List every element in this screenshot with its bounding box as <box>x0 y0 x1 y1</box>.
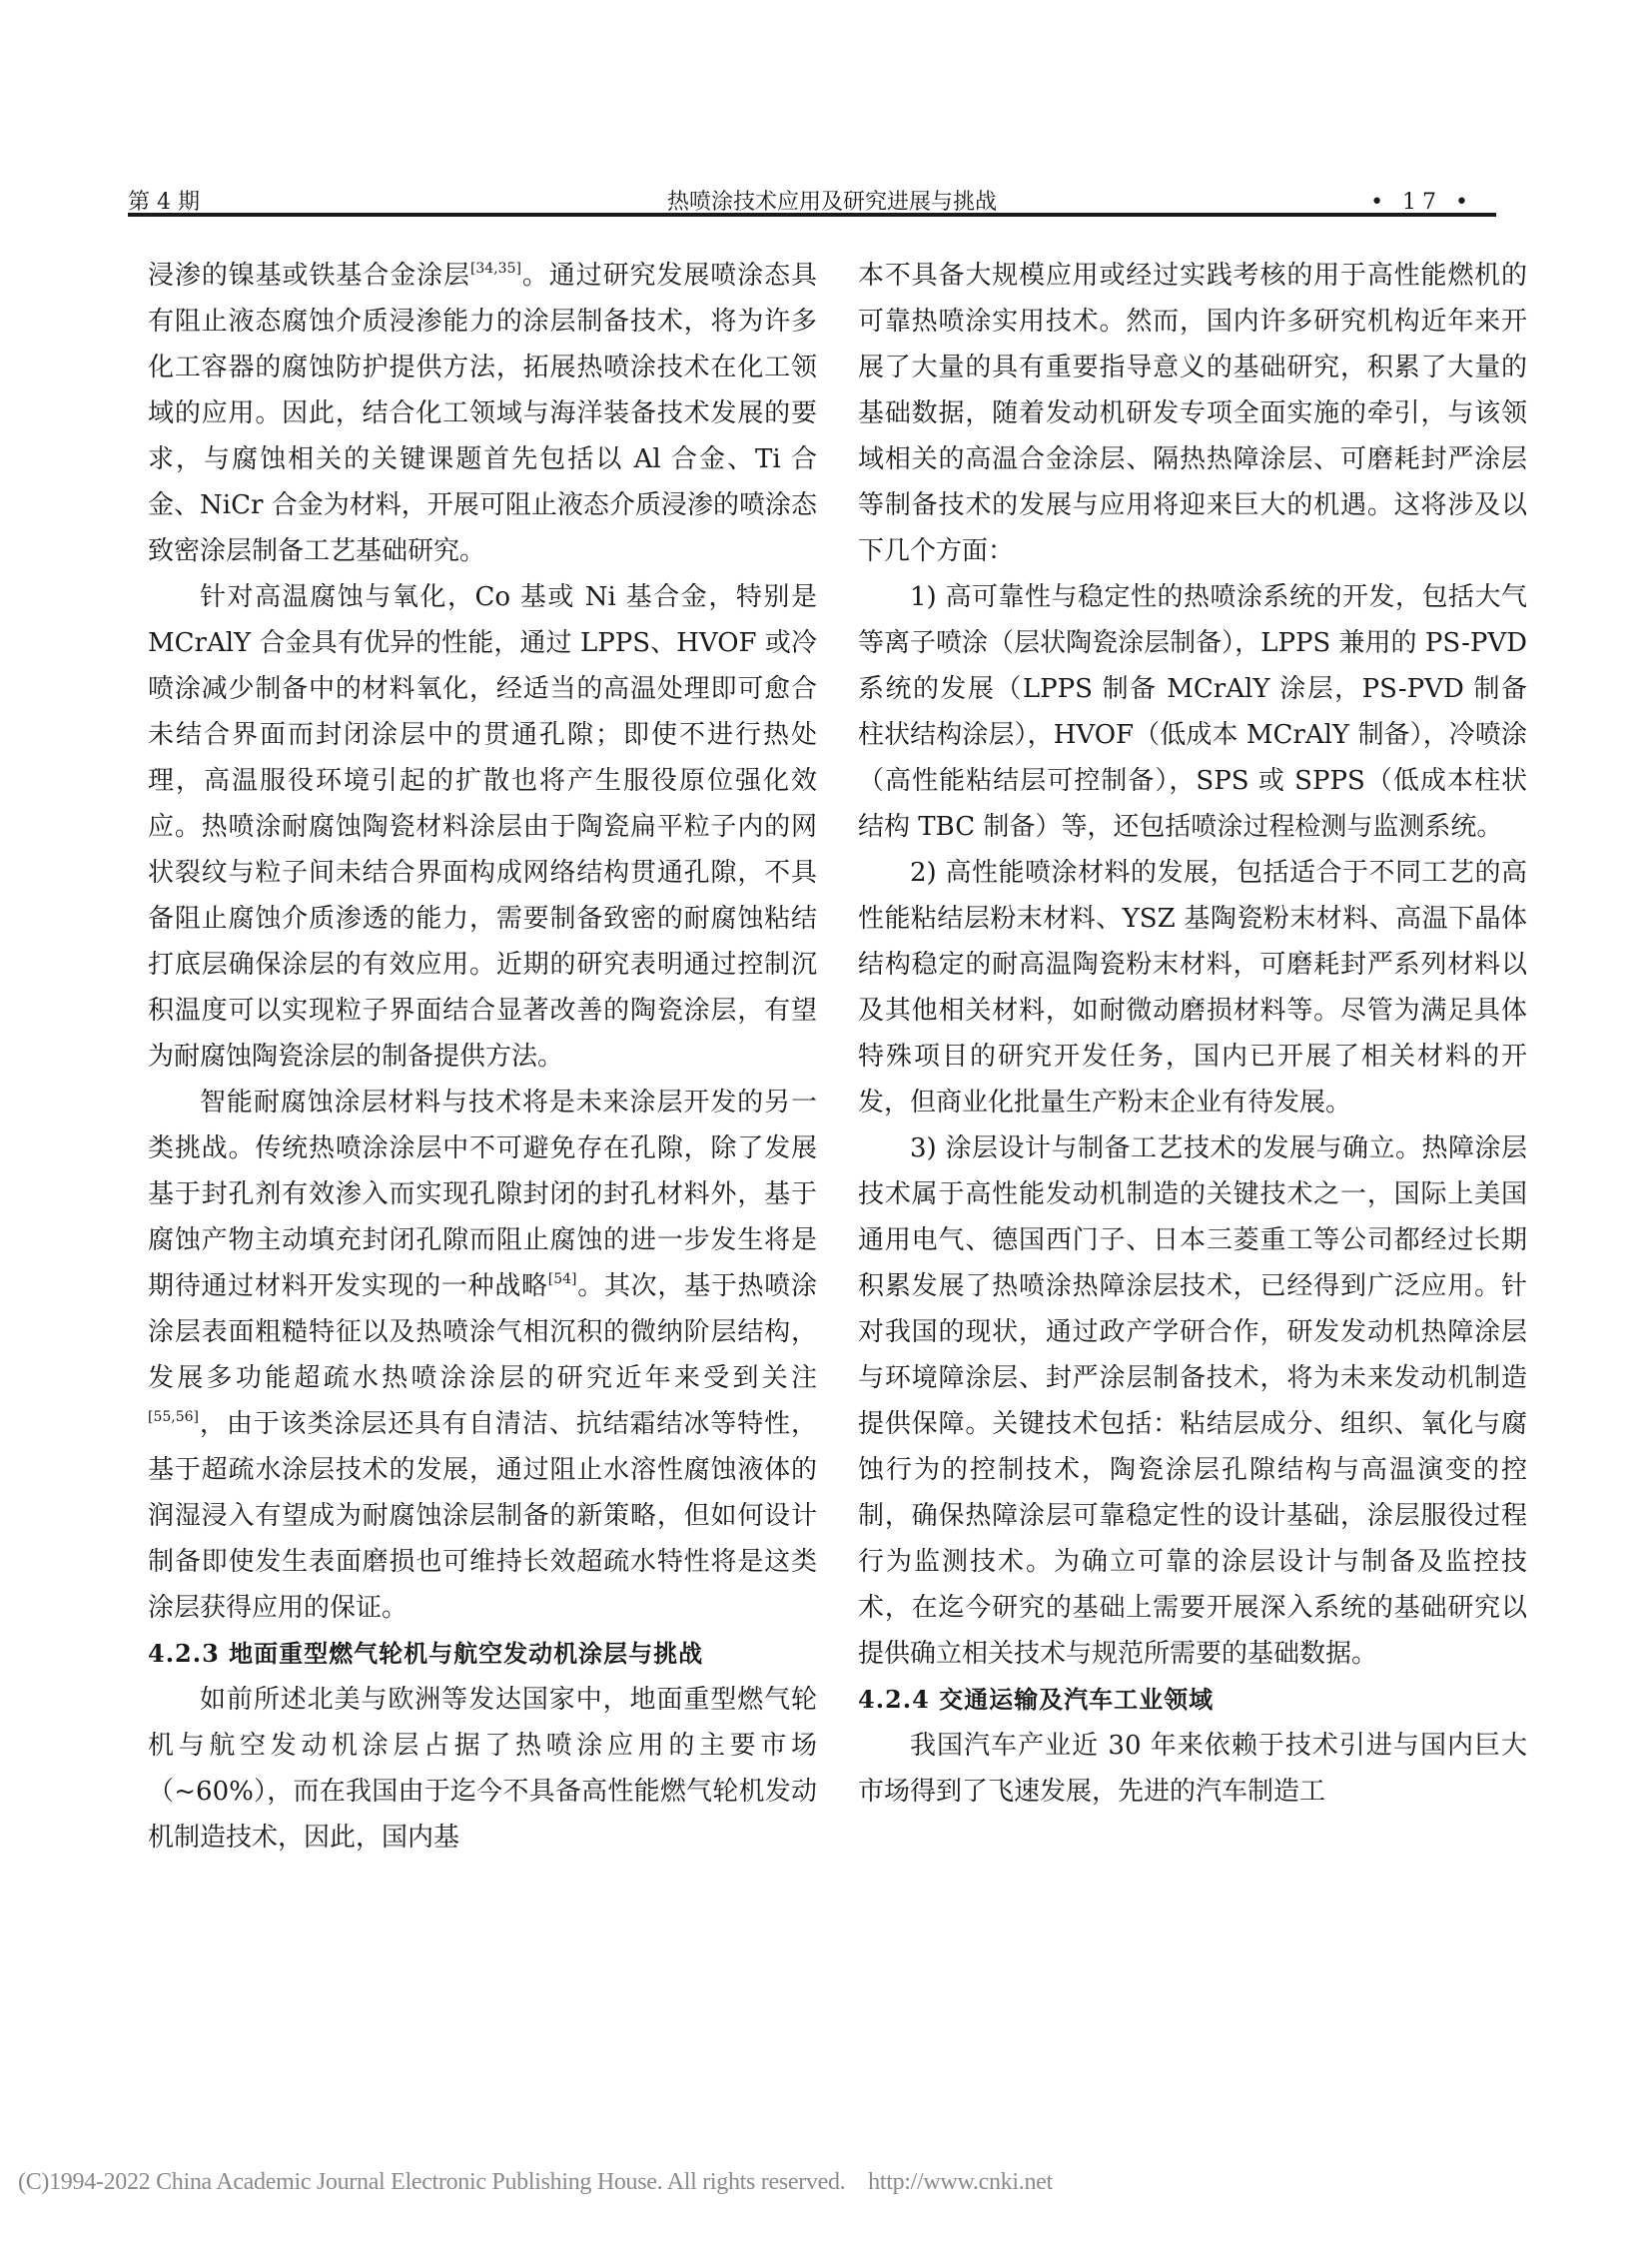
right-column: 本不具备大规模应用或经过实践考核的用于高性能燃机的可靠热喷涂实用技术。然而，国内… <box>858 253 1527 1815</box>
paragraph: 本不具备大规模应用或经过实践考核的用于高性能燃机的可靠热喷涂实用技术。然而，国内… <box>858 253 1527 574</box>
paragraph-text: 浸渗的镍基或铁基合金涂层 <box>148 261 470 291</box>
citation: [34,35] <box>470 261 521 277</box>
copyright-footer: (C)1994-2022 China Academic Journal Elec… <box>18 2169 1053 2196</box>
paragraph: 如前所述北美与欧洲等发达国家中，地面重型燃气轮机与航空发动机涂层占据了热喷涂应用… <box>148 1677 817 1861</box>
left-column: 浸渗的镍基或铁基合金涂层[34,35]。通过研究发展喷涂态具有阻止液态腐蚀介质浸… <box>148 253 817 1861</box>
paragraph-text: 智能耐腐蚀涂层材料与技术将是未来涂层开发的另一类挑战。传统热喷涂涂层中不可避免存… <box>148 1088 817 1301</box>
list-item-1: 1) 高可靠性与稳定性的热喷涂系统的开发，包括大气等离子喷涂（层状陶瓷涂层制备）… <box>858 574 1527 850</box>
paragraph-text: ，由于该类涂层还具有自清洁、抗结霜结冰等特性，基于超疏水涂层技术的发展，通过阻止… <box>148 1409 817 1623</box>
paragraph: 针对高温腐蚀与氧化，Co 基或 Ni 基合金，特别是 MCrAlY 合金具有优异… <box>148 574 817 1080</box>
list-item-2: 2) 高性能喷涂材料的发展，包括适合于不同工艺的高性能粘结层粉末材料、YSZ 基… <box>858 850 1527 1125</box>
section-heading-4-2-3: 4.2.3 地面重型燃气轮机与航空发动机涂层与挑战 <box>148 1631 817 1677</box>
list-item-3: 3) 涂层设计与制备工艺技术的发展与确立。热障涂层技术属于高性能发动机制造的关键… <box>858 1125 1527 1677</box>
paragraph-text: 。通过研究发展喷涂态具有阻止液态腐蚀介质浸渗能力的涂层制备技术，将为许多化工容器… <box>148 261 817 566</box>
paragraph: 我国汽车产业近 30 年来依赖于技术引进与国内巨大市场得到了飞速发展，先进的汽车… <box>858 1723 1527 1815</box>
citation: [55,56] <box>148 1409 199 1425</box>
paragraph: 浸渗的镍基或铁基合金涂层[34,35]。通过研究发展喷涂态具有阻止液态腐蚀介质浸… <box>148 253 817 574</box>
section-heading-4-2-4: 4.2.4 交通运输及汽车工业领域 <box>858 1677 1527 1723</box>
paragraph: 智能耐腐蚀涂层材料与技术将是未来涂层开发的另一类挑战。传统热喷涂涂层中不可避免存… <box>148 1080 817 1631</box>
citation: [54] <box>548 1271 577 1287</box>
header-rule-divider <box>128 213 1496 217</box>
footer-url[interactable]: http://www.cnki.net <box>868 2169 1053 2195</box>
copyright-text: (C)1994-2022 China Academic Journal Elec… <box>18 2169 845 2195</box>
